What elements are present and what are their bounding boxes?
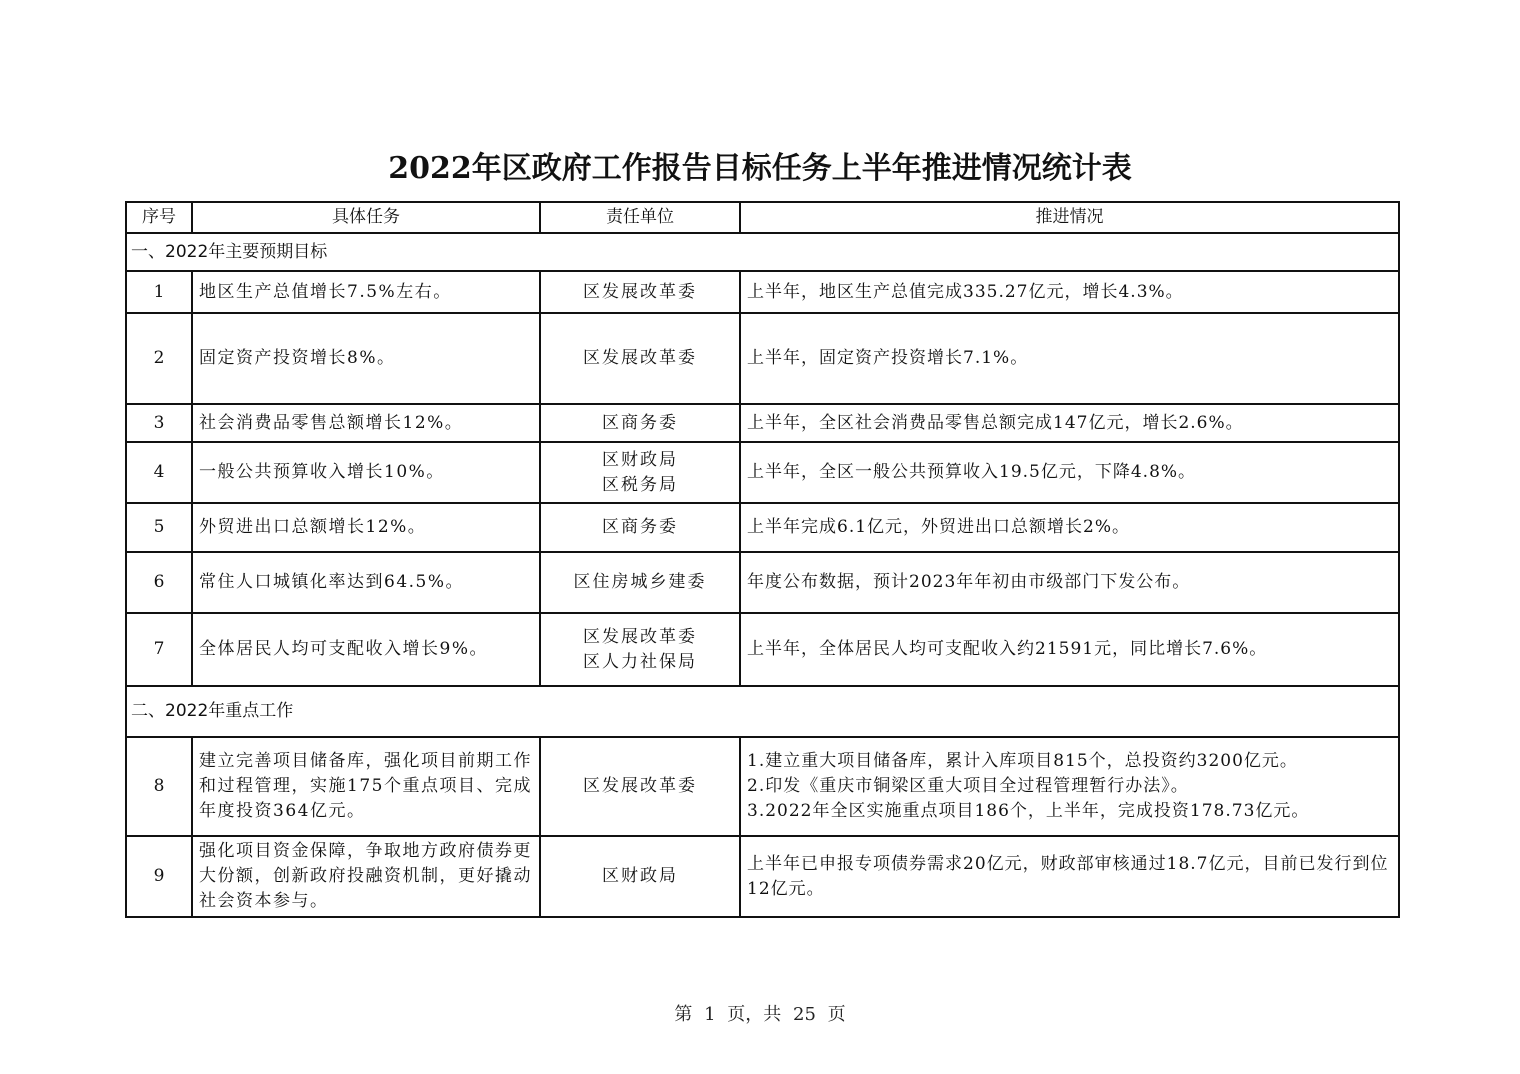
unit-cell: 区住房城乡建委 — [540, 552, 740, 613]
table-row: 4 一般公共预算收入增长10%。 区财政局 区税务局 上半年，全区一般公共预算收… — [126, 442, 1399, 503]
progress-text: 上半年，固定资产投资增长7.1%。 — [747, 346, 1392, 371]
progress-cell: 年度公布数据，预计2023年年初由市级部门下发公布。 — [740, 552, 1399, 613]
unit-cell: 区发展改革委 — [540, 737, 740, 836]
progress-cell: 上半年，全区一般公共预算收入19.5亿元，下降4.8%。 — [740, 442, 1399, 503]
section-row: 二、2022年重点工作 — [126, 686, 1399, 737]
table-row: 8 建立完善项目储备库，强化项目前期工作和过程管理，实施175个重点项目、完成年… — [126, 737, 1399, 836]
table-row: 5 外贸进出口总额增长12%。 区商务委 上半年完成6.1亿元，外贸进出口总额增… — [126, 503, 1399, 552]
task-cell: 常住人口城镇化率达到64.5%。 — [192, 552, 540, 613]
unit-name: 区商务委 — [547, 515, 733, 540]
unit-name: 区发展改革委 — [547, 625, 733, 650]
section-title: 二、2022年重点工作 — [126, 686, 1399, 737]
header-task: 具体任务 — [192, 202, 540, 233]
progress-cell: 上半年，固定资产投资增长7.1%。 — [740, 313, 1399, 404]
task-cell: 外贸进出口总额增长12%。 — [192, 503, 540, 552]
row-number: 2 — [126, 313, 192, 404]
progress-cell: 上半年，全区社会消费品零售总额完成147亿元，增长2.6%。 — [740, 404, 1399, 442]
table-row: 3 社会消费品零售总额增长12%。 区商务委 上半年，全区社会消费品零售总额完成… — [126, 404, 1399, 442]
table-row: 1 地区生产总值增长7.5%左右。 区发展改革委 上半年，地区生产总值完成335… — [126, 271, 1399, 313]
progress-cell: 上半年已申报专项债券需求20亿元，财政部审核通过18.7亿元，目前已发行到位12… — [740, 836, 1399, 917]
unit-cell: 区发展改革委 — [540, 271, 740, 313]
progress-text: 上半年已申报专项债券需求20亿元，财政部审核通过18.7亿元，目前已发行到位12… — [747, 852, 1392, 902]
header-no: 序号 — [126, 202, 192, 233]
unit-cell: 区发展改革委 区人力社保局 — [540, 613, 740, 686]
row-number: 1 — [126, 271, 192, 313]
progress-text: 2.印发《重庆市铜梁区重大项目全过程管理暂行办法》。 — [747, 774, 1392, 799]
task-cell: 建立完善项目储备库，强化项目前期工作和过程管理，实施175个重点项目、完成年度投… — [192, 737, 540, 836]
row-number: 7 — [126, 613, 192, 686]
task-cell: 一般公共预算收入增长10%。 — [192, 442, 540, 503]
unit-name: 区发展改革委 — [547, 280, 733, 305]
section-title: 一、2022年主要预期目标 — [126, 233, 1399, 271]
row-number: 3 — [126, 404, 192, 442]
task-cell: 固定资产投资增长8%。 — [192, 313, 540, 404]
progress-text: 上半年，全区一般公共预算收入19.5亿元，下降4.8%。 — [747, 460, 1392, 485]
unit-name: 区发展改革委 — [547, 774, 733, 799]
progress-table: 序号 具体任务 责任单位 推进情况 一、2022年主要预期目标 1 地区生产总值… — [125, 201, 1400, 918]
document-title: 2022年区政府工作报告目标任务上半年推进情况统计表 — [0, 143, 1520, 187]
unit-name: 区发展改革委 — [547, 346, 733, 371]
table-row: 9 强化项目资金保障，争取地方政府债券更大份额，创新政府投融资机制，更好撬动社会… — [126, 836, 1399, 917]
unit-name: 区财政局 — [547, 864, 733, 889]
table-header-row: 序号 具体任务 责任单位 推进情况 — [126, 202, 1399, 233]
unit-cell: 区发展改革委 — [540, 313, 740, 404]
header-progress: 推进情况 — [740, 202, 1399, 233]
row-number: 5 — [126, 503, 192, 552]
progress-cell: 1.建立重大项目储备库，累计入库项目815个，总投资约3200亿元。 2.印发《… — [740, 737, 1399, 836]
unit-name: 区人力社保局 — [547, 650, 733, 675]
progress-text: 上半年完成6.1亿元，外贸进出口总额增长2%。 — [747, 515, 1392, 540]
progress-text: 上半年，全体居民人均可支配收入约21591元，同比增长7.6%。 — [747, 637, 1392, 662]
unit-cell: 区商务委 — [540, 404, 740, 442]
unit-name: 区税务局 — [547, 473, 733, 498]
progress-text: 3.2022年全区实施重点项目186个，上半年，完成投资178.73亿元。 — [747, 799, 1392, 824]
unit-cell: 区商务委 — [540, 503, 740, 552]
row-number: 8 — [126, 737, 192, 836]
task-cell: 社会消费品零售总额增长12%。 — [192, 404, 540, 442]
unit-name: 区财政局 — [547, 448, 733, 473]
row-number: 6 — [126, 552, 192, 613]
header-unit: 责任单位 — [540, 202, 740, 233]
row-number: 4 — [126, 442, 192, 503]
progress-text: 年度公布数据，预计2023年年初由市级部门下发公布。 — [747, 570, 1392, 595]
unit-cell: 区财政局 区税务局 — [540, 442, 740, 503]
table-row: 7 全体居民人均可支配收入增长9%。 区发展改革委 区人力社保局 上半年，全体居… — [126, 613, 1399, 686]
progress-text: 1.建立重大项目储备库，累计入库项目815个，总投资约3200亿元。 — [747, 749, 1392, 774]
progress-cell: 上半年完成6.1亿元，外贸进出口总额增长2%。 — [740, 503, 1399, 552]
progress-cell: 上半年，全体居民人均可支配收入约21591元，同比增长7.6%。 — [740, 613, 1399, 686]
table-row: 6 常住人口城镇化率达到64.5%。 区住房城乡建委 年度公布数据，预计2023… — [126, 552, 1399, 613]
progress-cell: 上半年，地区生产总值完成335.27亿元，增长4.3%。 — [740, 271, 1399, 313]
table-row: 2 固定资产投资增长8%。 区发展改革委 上半年，固定资产投资增长7.1%。 — [126, 313, 1399, 404]
row-number: 9 — [126, 836, 192, 917]
page-footer: 第 1 页，共 25 页 — [0, 1000, 1520, 1026]
unit-name: 区商务委 — [547, 411, 733, 436]
unit-name: 区住房城乡建委 — [547, 570, 733, 595]
task-cell: 强化项目资金保障，争取地方政府债券更大份额，创新政府投融资机制，更好撬动社会资本… — [192, 836, 540, 917]
progress-text: 上半年，地区生产总值完成335.27亿元，增长4.3%。 — [747, 280, 1392, 305]
progress-text: 上半年，全区社会消费品零售总额完成147亿元，增长2.6%。 — [747, 411, 1392, 436]
section-row: 一、2022年主要预期目标 — [126, 233, 1399, 271]
task-cell: 地区生产总值增长7.5%左右。 — [192, 271, 540, 313]
unit-cell: 区财政局 — [540, 836, 740, 917]
task-cell: 全体居民人均可支配收入增长9%。 — [192, 613, 540, 686]
